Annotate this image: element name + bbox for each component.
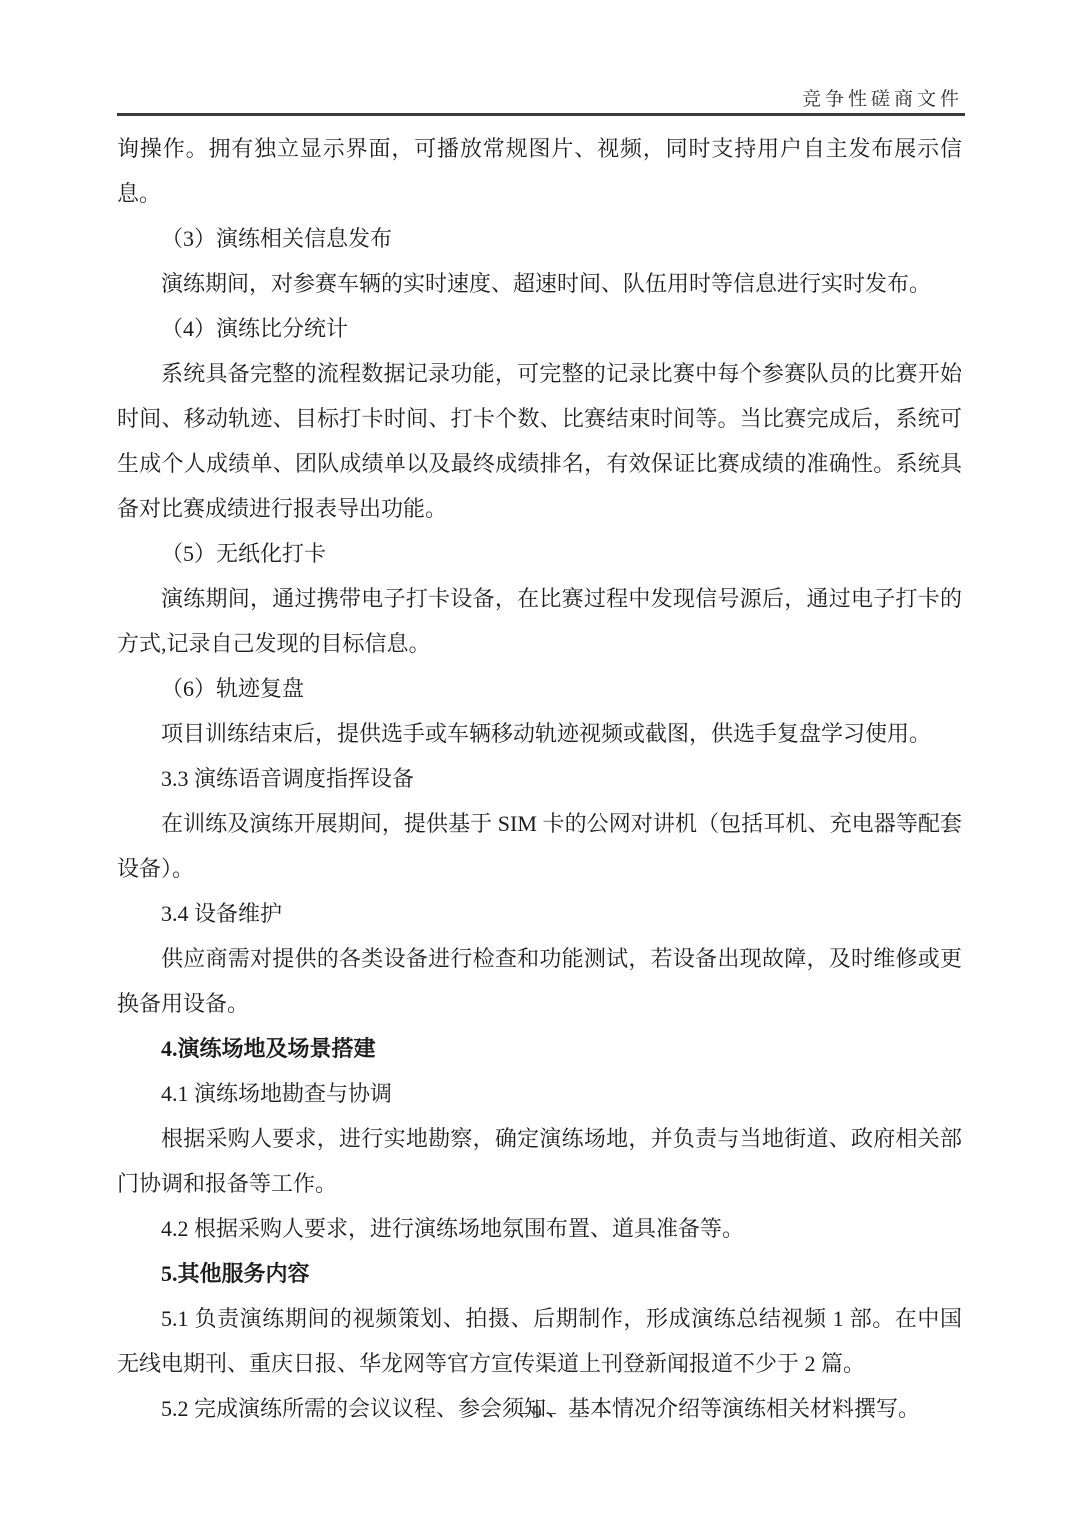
section-heading: 3.3 演练语音调度指挥设备 xyxy=(117,756,962,801)
section-heading-bold: 4.演练场地及场景搭建 xyxy=(117,1026,962,1071)
paragraph: 在训练及演练开展期间，提供基于 SIM 卡的公网对讲机（包括耳机、充电器等配套设… xyxy=(117,801,962,891)
section-heading: （3）演练相关信息发布 xyxy=(117,216,962,261)
paragraph-continuation: 询操作。拥有独立显示界面，可播放常规图片、视频，同时支持用户自主发布展示信息。 xyxy=(117,126,962,216)
header-rule xyxy=(117,113,965,116)
document-body: 询操作。拥有独立显示界面，可播放常规图片、视频，同时支持用户自主发布展示信息。 … xyxy=(117,126,962,1431)
section-heading: （5）无纸化打卡 xyxy=(117,531,962,576)
document-page: 竞争性磋商文件 询操作。拥有独立显示界面，可播放常规图片、视频，同时支持用户自主… xyxy=(0,0,1074,1520)
paragraph: 演练期间，对参赛车辆的实时速度、超速时间、队伍用时等信息进行实时发布。 xyxy=(117,261,962,306)
section-heading: （6）轨迹复盘 xyxy=(117,666,962,711)
paragraph: 系统具备完整的流程数据记录功能，可完整的记录比赛中每个参赛队员的比赛开始时间、移… xyxy=(117,351,962,531)
paragraph: 供应商需对提供的各类设备进行检查和功能测试，若设备出现故障，及时维修或更换备用设… xyxy=(117,936,962,1026)
section-heading: （4）演练比分统计 xyxy=(117,306,962,351)
paragraph: 4.2 根据采购人要求，进行演练场地氛围布置、道具准备等。 xyxy=(117,1206,962,1251)
paragraph: 根据采购人要求，进行实地勘察，确定演练场地，并负责与当地街道、政府相关部门协调和… xyxy=(117,1116,962,1206)
paragraph: 5.1 负责演练期间的视频策划、拍摄、后期制作，形成演练总结视频 1 部。在中国… xyxy=(117,1296,962,1386)
section-heading: 4.1 演练场地勘查与协调 xyxy=(117,1071,962,1116)
page-number: – 9 – xyxy=(0,1402,1074,1424)
paragraph: 项目训练结束后，提供选手或车辆移动轨迹视频或截图，供选手复盘学习使用。 xyxy=(117,711,962,756)
page-header-title: 竞争性磋商文件 xyxy=(117,84,963,111)
section-heading: 3.4 设备维护 xyxy=(117,891,962,936)
section-heading-bold: 5.其他服务内容 xyxy=(117,1251,962,1296)
paragraph: 演练期间，通过携带电子打卡设备，在比赛过程中发现信号源后，通过电子打卡的方式,记… xyxy=(117,576,962,666)
